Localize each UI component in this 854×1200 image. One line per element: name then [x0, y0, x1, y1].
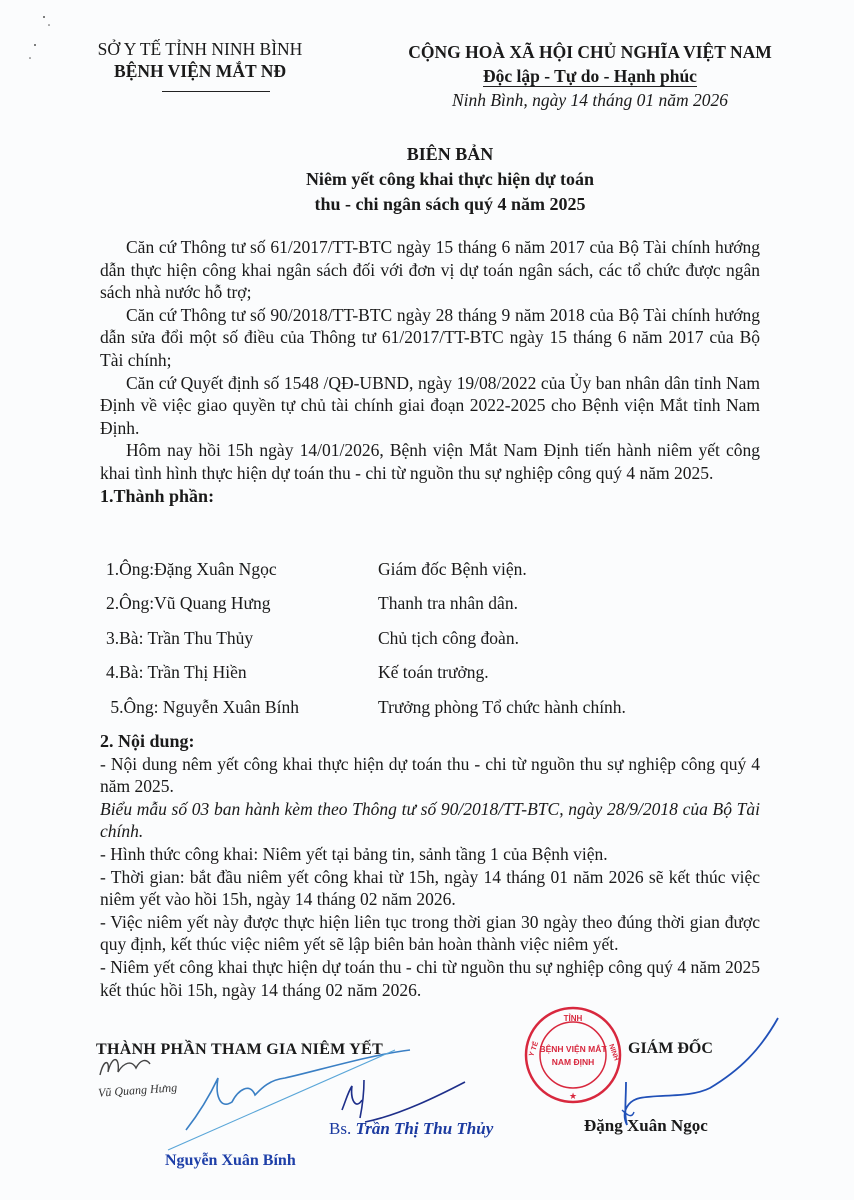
agency-name: SỞ Y TẾ TỈNH NINH BÌNH — [80, 38, 320, 60]
binh-name-stamp: Nguyễn Xuân Bính — [165, 1152, 296, 1170]
document-title: BIÊN BẢN — [200, 142, 700, 167]
seal-center-line2: NAM ĐỊNH — [552, 1057, 595, 1067]
vu-handwritten-name: Vũ Quang Hưng — [98, 1080, 178, 1100]
unit-underline — [162, 91, 270, 92]
section2: 2. Nội dung: - Nội dung nêm yết công kha… — [100, 730, 760, 1001]
participants-signature-title: THÀNH PHẦN THAM GIA NIÊM YẾT — [96, 1041, 383, 1059]
member-role: Trưởng phòng Tổ chức hành chính. — [378, 697, 626, 718]
document-title-block: BIÊN BẢN Niêm yết công khai thực hiện dự… — [200, 142, 700, 217]
preamble-paragraph: Căn cứ Thông tư số 90/2018/TT-BTC ngày 2… — [100, 304, 760, 372]
official-seal: TỈNH BỆNH VIỆN MẮT NAM ĐỊNH Y TẾ NINH ★ — [523, 1005, 623, 1105]
section1-heading: 1.Thành phần: — [100, 485, 760, 508]
member-row: 2.Ông:Vũ Quang Hưng Thanh tra nhân dân. — [106, 587, 626, 622]
preamble: Căn cứ Thông tư số 61/2017/TT-BTC ngày 1… — [100, 236, 760, 507]
content-item: - Hình thức công khai: Niêm yết tại bảng… — [100, 843, 760, 866]
director-title: GIÁM ĐỐC — [628, 1040, 713, 1058]
section2-heading: 2. Nội dung: — [100, 730, 760, 753]
preamble-paragraph: Căn cứ Quyết định số 1548 /QĐ-UBND, ngày… — [100, 372, 760, 440]
thuy-signature-label: Bs. Trần Thị Thu Thủy — [329, 1119, 493, 1139]
national-header-block: CỘNG HOÀ XÃ HỘI CHỦ NGHĨA VIỆT NAM Độc l… — [370, 40, 810, 112]
thuy-name-stamp: Trần Thị Thu Thủy — [355, 1119, 493, 1138]
member-row: 4.Bà: Trần Thị Hiền Kế toán trưởng. — [106, 656, 626, 691]
content-item: - Việc niêm yết này được thực hiện liên … — [100, 911, 760, 956]
seal-center-line1: BỆNH VIỆN MẮT — [539, 1043, 607, 1054]
seal-top-text: TỈNH — [564, 1014, 583, 1023]
member-name: 5.Ông: Nguyễn Xuân Bính — [106, 697, 378, 718]
member-name: 4.Bà: Trần Thị Hiền — [106, 662, 378, 683]
content-item: - Thời gian: bắt đầu niêm yết công khai … — [100, 866, 760, 911]
member-role: Kế toán trưởng. — [378, 662, 489, 683]
member-name: 3.Bà: Trần Thu Thủy — [106, 628, 378, 649]
member-row: 5.Ông: Nguyễn Xuân Bính Trưởng phòng Tổ … — [106, 690, 626, 725]
member-role: Thanh tra nhân dân. — [378, 593, 518, 614]
member-row: 1.Ông:Đặng Xuân Ngọc Giám đốc Bệnh viện. — [106, 552, 626, 587]
motto: Độc lập - Tự do - Hạnh phúc — [483, 66, 697, 87]
content-item: - Nội dung nêm yết công khai thực hiện d… — [100, 753, 760, 798]
svg-text:NINH: NINH — [607, 1043, 619, 1061]
preamble-paragraph: Hôm nay hồi 15h ngày 14/01/2026, Bệnh vi… — [100, 439, 760, 484]
member-role: Giám đốc Bệnh viện. — [378, 559, 527, 580]
place-date: Ninh Bình, ngày 14 tháng 01 năm 2026 — [370, 88, 810, 112]
issuing-agency-block: SỞ Y TẾ TỈNH NINH BÌNH BỆNH VIỆN MẮT NĐ — [80, 38, 320, 82]
content-item: - Niêm yết công khai thực hiện dự toán t… — [100, 956, 760, 1001]
preamble-paragraph: Căn cứ Thông tư số 61/2017/TT-BTC ngày 1… — [100, 236, 760, 304]
member-name: 2.Ông:Vũ Quang Hưng — [106, 593, 378, 614]
bs-prefix: Bs. — [329, 1119, 351, 1138]
document-subtitle-line1: Niêm yết công khai thực hiện dự toán — [200, 167, 700, 192]
director-name: Đặng Xuân Ngọc — [584, 1116, 708, 1136]
nation-title: CỘNG HOÀ XÃ HỘI CHỦ NGHĨA VIỆT NAM — [370, 40, 810, 64]
content-item-template-note: Biểu mẫu số 03 ban hành kèm theo Thông t… — [100, 798, 760, 843]
svg-text:★: ★ — [569, 1091, 577, 1101]
member-role: Chủ tịch công đoàn. — [378, 628, 519, 649]
document-subtitle-line2: thu - chi ngân sách quý 4 năm 2025 — [200, 192, 700, 217]
member-name: 1.Ông:Đặng Xuân Ngọc — [106, 559, 378, 580]
member-list: 1.Ông:Đặng Xuân Ngọc Giám đốc Bệnh viện.… — [106, 552, 626, 725]
member-row: 3.Bà: Trần Thu Thủy Chủ tịch công đoàn. — [106, 621, 626, 656]
unit-name: BỆNH VIỆN MẮT NĐ — [80, 60, 320, 82]
